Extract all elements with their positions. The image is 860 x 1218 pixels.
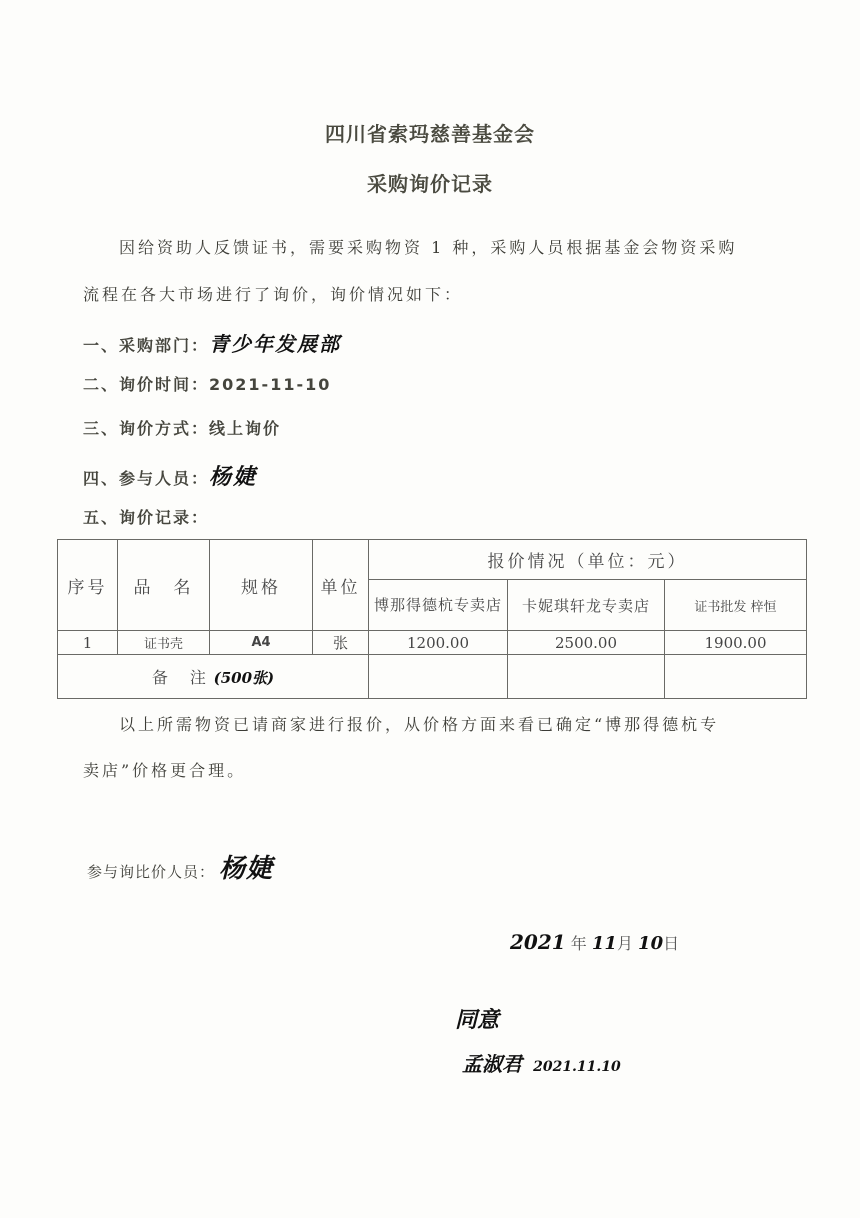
date-year: 2021 [510,930,566,954]
cell-price-vendor-1: 1200.00 [369,631,508,655]
signature-date: 2021 年 11月 10日 [510,930,679,954]
date-month: 11 [592,933,617,954]
header-name: 品 名 [118,540,210,631]
approval-text: 同意 [455,1003,499,1034]
header-unit: 单位 [313,540,369,631]
document-title: 四川省索玛慈善基金会 [0,118,860,147]
remark-label: 备 注 [152,668,209,687]
participants-line: 参与询比价人员：杨婕 [87,848,273,885]
cell-price-vendor-3: 1900.00 [665,631,807,655]
cell-seq: 1 [58,631,118,655]
handwritten-participant: 杨婕 [209,464,257,490]
cell-name: 证书壳 [118,631,210,655]
header-vendor-3: 证书批发 梓恒 [665,580,807,631]
document-subtitle: 采购询价记录 [0,168,860,197]
item-records: 五、询价记录： [83,505,209,528]
item-label: 三、询价方式： [83,419,209,438]
header-vendor-1: 博那得德杭专卖店 [369,580,508,631]
item-department: 一、采购部门：青少年发展部 [83,328,341,357]
intro-paragraph-line1: 因给资助人反馈证书，需要采购物资 1 种，采购人员根据基金会物资采购 [119,235,737,258]
conclusion-line1: 以上所需物资已请商家进行报价，从价格方面来看已确定“博那得德杭专 [119,712,719,735]
header-seq: 序号 [58,540,118,631]
table-row: 1 证书壳 A4 张 1200.00 2500.00 1900.00 [58,631,807,655]
approval-date: 2021.11.10 [533,1059,621,1075]
participants-signature: 杨婕 [219,854,273,884]
approval-signature-line: 孟淑君 2021.11.10 [462,1048,621,1077]
remark-vendor-1 [369,655,508,699]
header-vendor-2: 卡妮琪轩龙专卖店 [508,580,665,631]
item-label: 五、询价记录： [83,508,209,527]
intro-paragraph-line2: 流程在各大市场进行了询价，询价情况如下： [83,282,463,305]
remark-row: 备 注 (500张) [58,655,807,699]
date-month-suffix: 月 [617,934,633,953]
item-participants: 四、参与人员：杨婕 [83,460,257,491]
handwritten-remark: (500张) [214,669,275,687]
cell-spec: A4 [210,631,313,655]
date-day-suffix: 日 [663,934,679,953]
cell-unit: 张 [313,631,369,655]
item-value: 线上询价 [209,419,281,438]
header-quote-group: 报价情况（单位：元） [369,540,807,580]
remark-vendor-3 [665,655,807,699]
date-year-suffix: 年 [571,934,587,953]
participants-label: 参与询比价人员： [87,863,215,881]
approval-signature: 孟淑君 [462,1052,522,1076]
item-label: 二、询价时间： [83,375,209,394]
remark-cell: 备 注 (500张) [58,655,369,699]
header-spec: 规格 [210,540,313,631]
item-inquiry-method: 三、询价方式：线上询价 [83,416,281,439]
inquiry-record-table: 序号 品 名 规格 单位 报价情况（单位：元） 博那得德杭专卖店 卡妮琪轩龙专卖… [57,539,807,699]
conclusion-line2: 卖店”价格更合理。 [83,758,246,781]
date-day: 10 [638,933,663,954]
cell-price-vendor-2: 2500.00 [508,631,665,655]
handwritten-department: 青少年发展部 [209,332,341,356]
item-label: 一、采购部门： [83,336,209,355]
item-label: 四、参与人员： [83,469,209,488]
item-value: 2021-11-10 [209,375,331,394]
item-inquiry-date: 二、询价时间：2021-11-10 [83,372,331,395]
remark-vendor-2 [508,655,665,699]
